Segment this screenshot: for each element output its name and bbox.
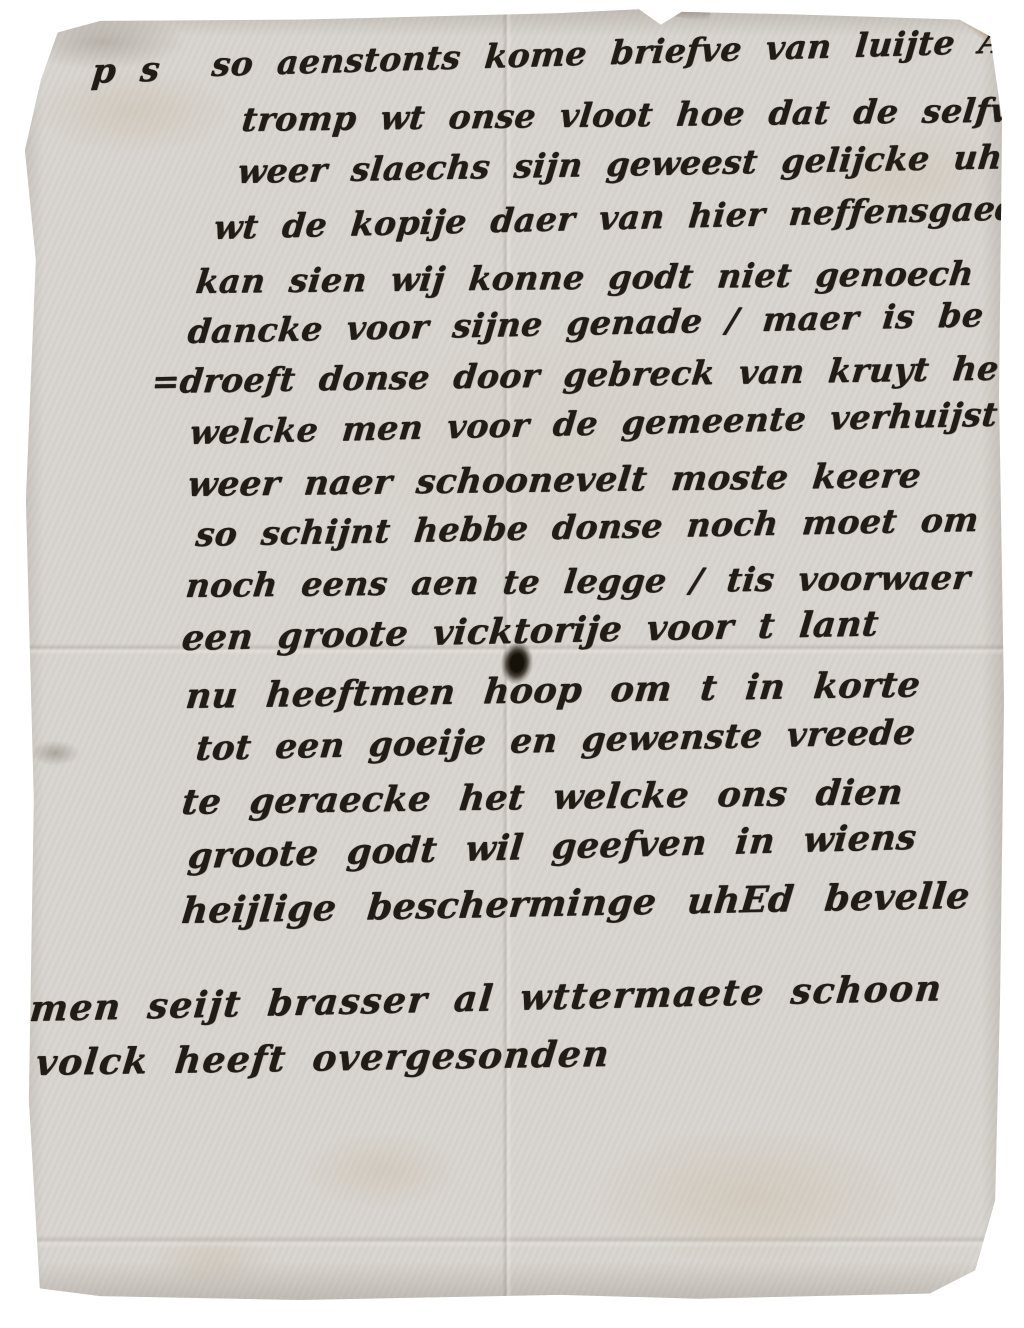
letter-line-9: weer naer schoonevelt moste keere: [186, 456, 923, 505]
paper-sheet: p s so aenstonts kome briefve van luijte…: [14, 8, 1006, 1300]
letter-line-13: nu heeftmen hoop om t in korte: [184, 664, 923, 717]
postscript-line-2: volck heeft overgesonden: [34, 1033, 613, 1084]
letter-line-11: noch eens aen te legge / tis voorwaer: [184, 558, 973, 605]
letter-line-17: heijlige bescherminge uhEd bevelle: [180, 875, 972, 932]
letter-line-5: kan sien wij konne godt niet genoech: [194, 254, 976, 301]
letter-line-16: groote godt wil geefven in wiens: [186, 817, 918, 877]
letter-line-8: welcke men voor de gemeente verhuijst: [188, 395, 999, 452]
opening-mark: p s: [90, 50, 162, 93]
letter-line-3: weer slaechs sijn geweest gelijcke uhl: [236, 137, 1017, 191]
letter-line-7: =droeft donse door gebreck van kruyt het: [150, 348, 1017, 401]
letter-line-2: tromp wt onse vloot hoe dat de selfve: [240, 90, 1024, 139]
letter-line-4-text: wt de kopije daer van hier neffensgaede: [212, 188, 1024, 247]
letter-line-14: tot een goeije en gewenste vreede: [194, 713, 917, 769]
letter-line-15: te geraecke het welcke ons dien: [180, 772, 906, 823]
letter-line-4: wt de kopije daer van hier neffensgaeden…: [212, 187, 1024, 247]
stain-left-edge: [22, 736, 88, 770]
letter-line-10: so schijnt hebbe donse noch moet om se: [194, 499, 1024, 554]
letter-line-1: so aenstonts kome briefve van luijte Adm…: [210, 19, 1024, 84]
letter-line-12: een groote vicktorije voor t lant: [180, 603, 881, 659]
letter-line-6: dancke voor sijne genade / maer is be: [186, 295, 985, 351]
tear-notch-top-edge: [652, 8, 712, 22]
scanned-letter: p s so aenstonts kome briefve van luijte…: [0, 0, 1024, 1328]
postscript-line-1: men seijt brasser al wttermaete schoon: [28, 967, 945, 1030]
